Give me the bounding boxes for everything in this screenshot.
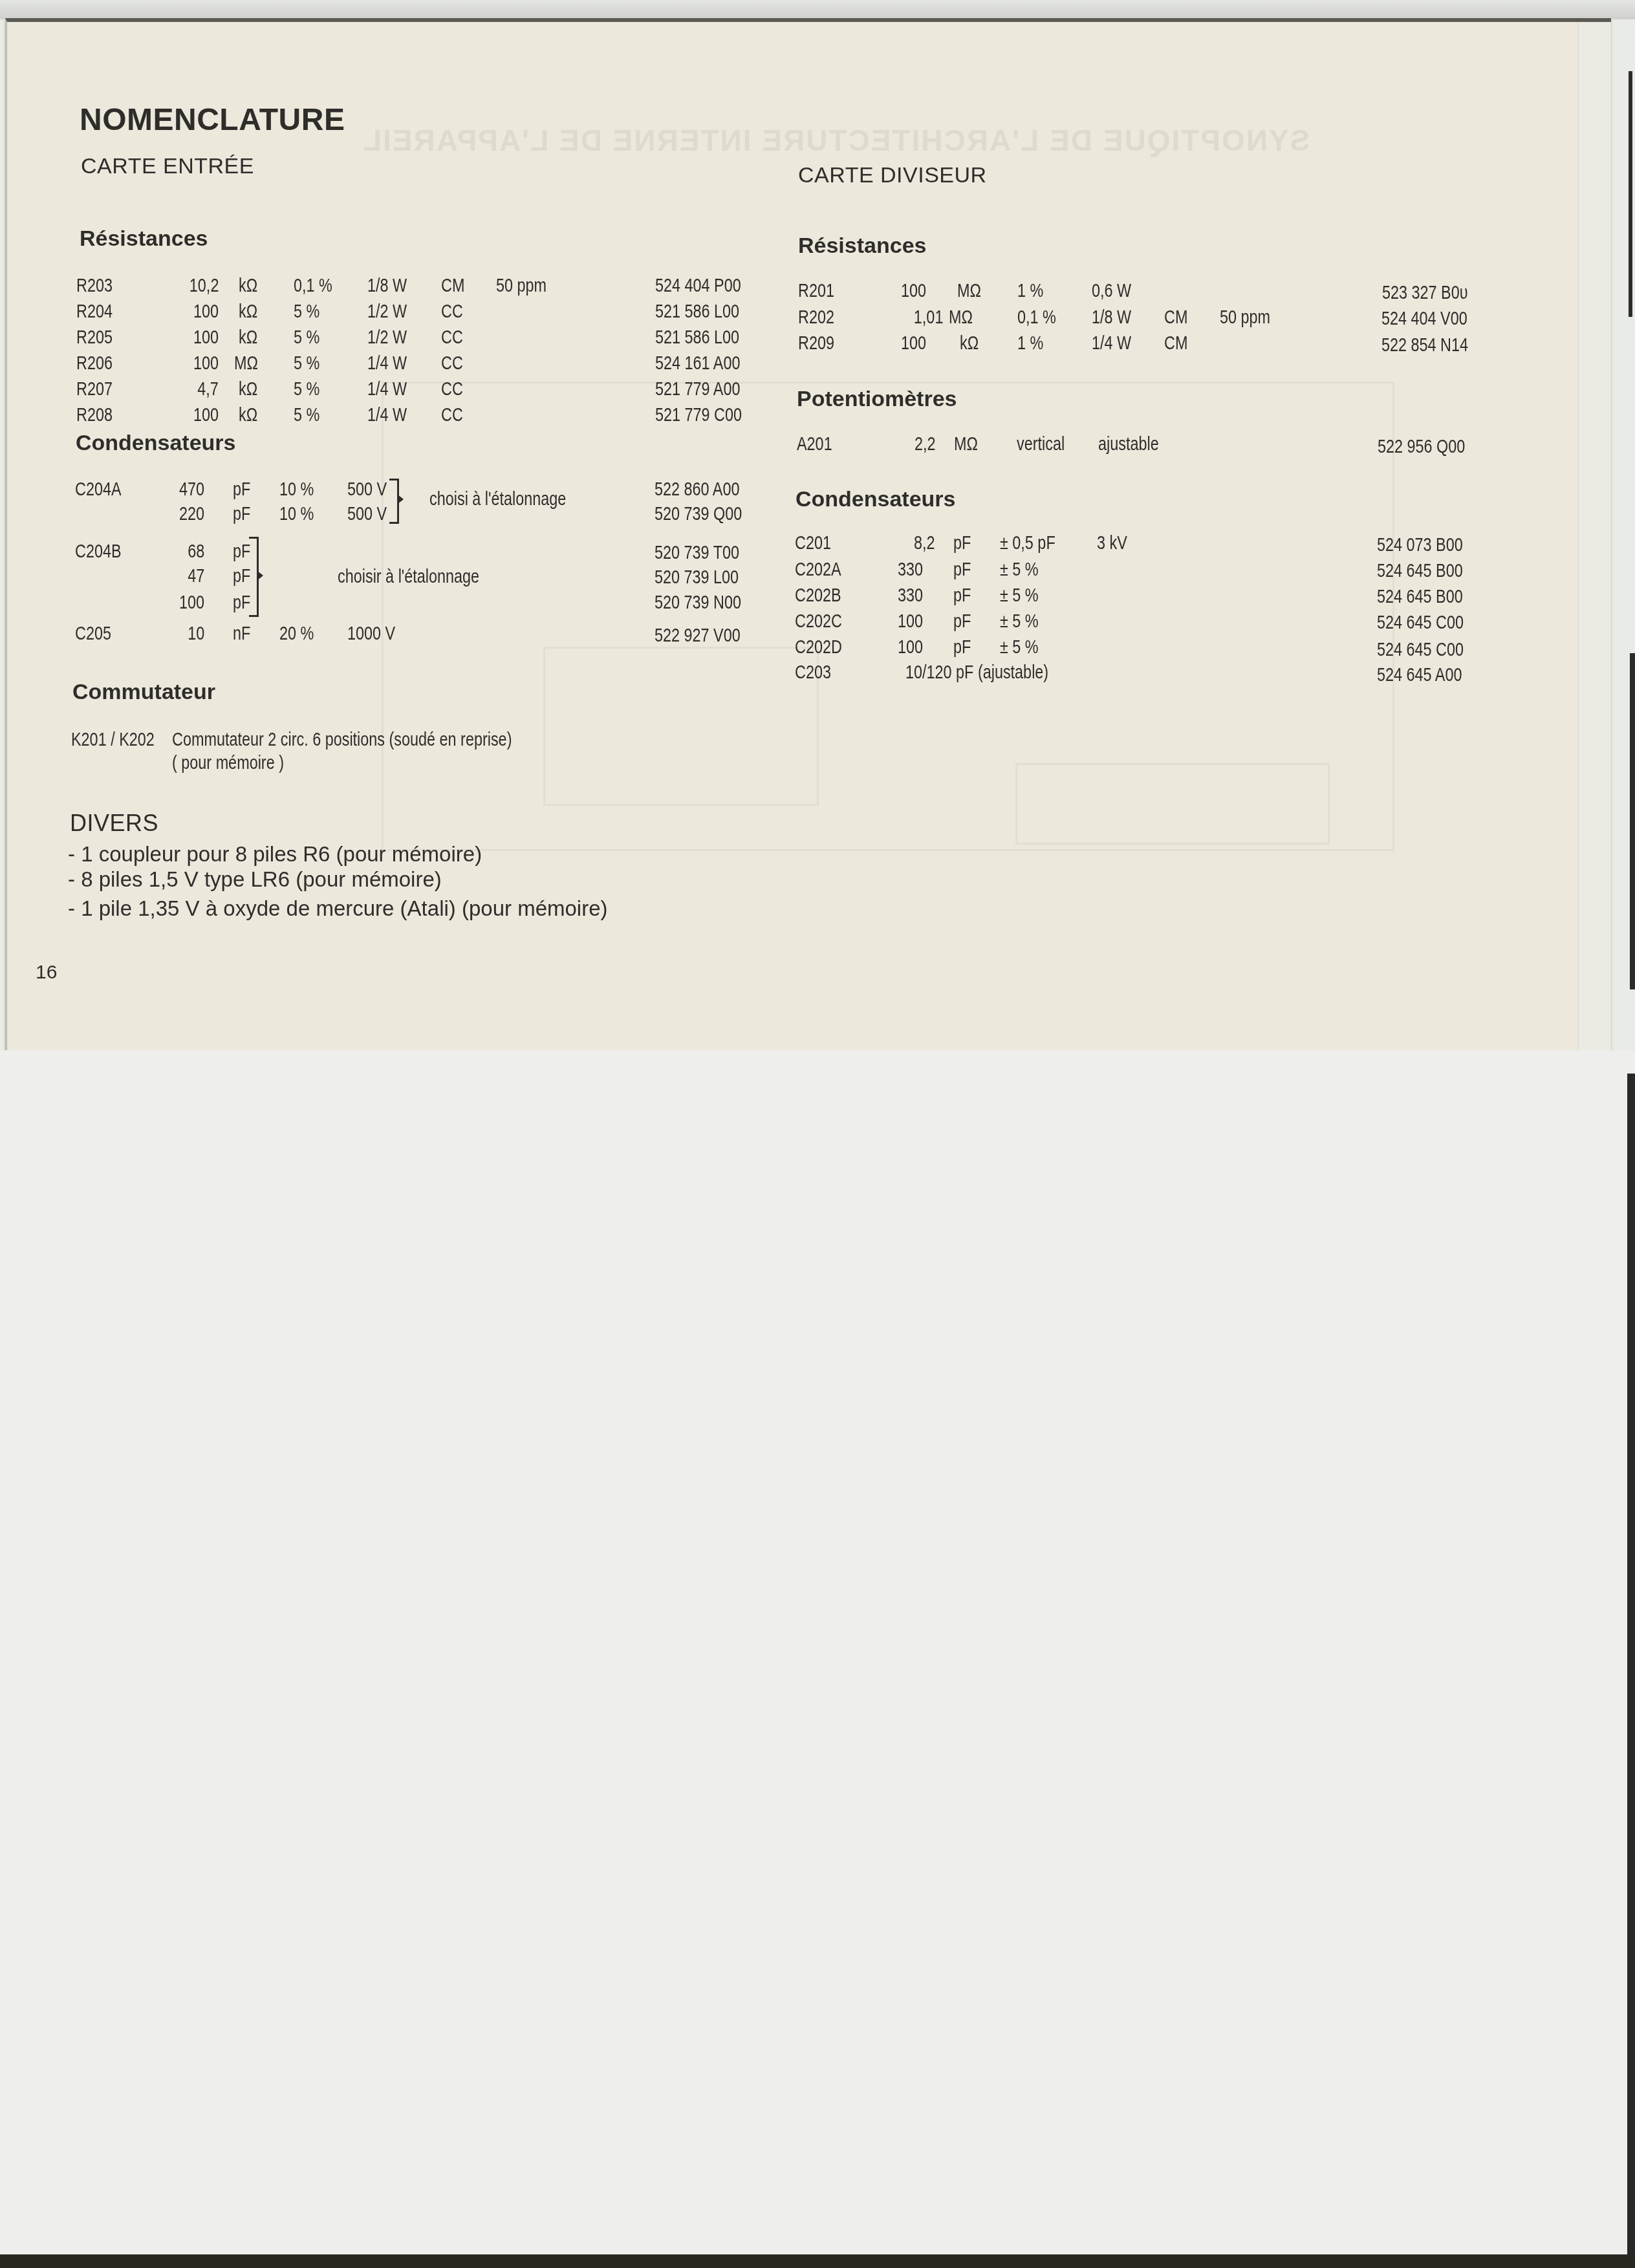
type: CC (441, 352, 463, 374)
value: 1,01 (913, 307, 943, 329)
unit: nF (233, 623, 250, 645)
type: CM (1164, 332, 1187, 354)
kind: ajustable (1098, 433, 1159, 455)
calibration-note: choisi à l'étalonnage (429, 488, 566, 510)
unit: pF (233, 565, 250, 587)
list-item: - 1 coupleur pour 8 piles R6 (pour mémoi… (68, 842, 482, 867)
show-through-diagram (1015, 763, 1330, 845)
tolerance: ± 5 % (1000, 610, 1039, 632)
type: CC (441, 378, 463, 400)
ref: A201 (797, 433, 832, 455)
voltage: 3 kV (1097, 532, 1127, 554)
unit: pF (233, 541, 250, 563)
part-number: 520 739 Q00 (655, 503, 742, 525)
tolerance: 5 % (294, 301, 319, 323)
unit: pF (953, 559, 971, 581)
binding-edge (1627, 1074, 1635, 2257)
subsection-condensateurs: Condensateurs (796, 487, 956, 512)
tolerance: ± 5 % (1000, 585, 1039, 607)
part-number: 524 645 A00 (1377, 664, 1462, 686)
tempco: 50 ppm (1220, 307, 1270, 329)
power: 1/4 W (1092, 332, 1131, 354)
tolerance: 1 % (1017, 332, 1043, 354)
value: 10 (188, 623, 204, 645)
part-number: 522 956 Q00 (1378, 436, 1465, 458)
unit: kΩ (239, 301, 257, 323)
value: 68 (188, 541, 204, 563)
page-number: 16 (36, 962, 57, 984)
page-fold (1578, 22, 1610, 1070)
value: 220 (179, 503, 204, 525)
part-number: 524 161 A00 (655, 352, 740, 374)
part-number: 524 073 B00 (1377, 534, 1463, 556)
value: 100 (898, 636, 923, 658)
unit: pF (953, 532, 971, 554)
ref: R203 (76, 275, 113, 297)
value: 330 (898, 585, 923, 607)
ref: R202 (798, 307, 834, 329)
section-title-carte-entree: CARTE ENTRÉE (81, 154, 254, 179)
binding-edge (1630, 653, 1635, 989)
ref: C205 (75, 623, 111, 645)
tolerance: 5 % (294, 404, 319, 426)
part-number: 524 645 B00 (1377, 560, 1463, 582)
unit: kΩ (239, 404, 257, 426)
value: 4,7 (197, 378, 219, 400)
subsection-condensateurs: Condensateurs (76, 431, 236, 456)
unit: MΩ (957, 280, 981, 302)
value: 100 (901, 332, 926, 354)
power: 1/8 W (1092, 307, 1131, 329)
tolerance: 20 % (279, 623, 314, 645)
value: 10,2 (189, 275, 219, 297)
power: 1/2 W (367, 301, 407, 323)
bracket-arrow-icon (257, 570, 263, 581)
binding-edge (1629, 71, 1632, 317)
value: 100 (193, 301, 219, 323)
part-number: 520 739 N00 (655, 592, 741, 614)
ref: C202A (795, 559, 841, 581)
ref: R206 (76, 352, 113, 374)
type: CC (441, 404, 463, 426)
tolerance: 5 % (294, 378, 319, 400)
tolerance: 1 % (1017, 280, 1043, 302)
part-number: 521 586 L00 (655, 327, 739, 349)
part-number: 520 739 L00 (655, 567, 739, 589)
part-number: 523 327 B0υ (1382, 282, 1468, 304)
show-through-diagram (543, 647, 819, 806)
section-title-carte-diviseur: CARTE DIVISEUR (798, 163, 987, 188)
note: ( pour mémoire ) (172, 752, 284, 774)
unit: MΩ (949, 307, 973, 329)
unit: pF (233, 592, 250, 614)
value: 330 (898, 559, 923, 581)
tolerance: ± 5 % (1000, 636, 1039, 658)
unit: MΩ (954, 433, 978, 455)
unit: kΩ (239, 378, 257, 400)
part-number: 524 404 V00 (1381, 308, 1467, 330)
unit: pF (953, 585, 971, 607)
part-number: 521 779 A00 (655, 378, 740, 400)
unit: pF (233, 503, 250, 525)
power: 1/4 W (367, 378, 407, 400)
value: 100 (901, 280, 926, 302)
type: CM (1164, 307, 1187, 329)
value: 100 (193, 404, 219, 426)
power: 1/8 W (367, 275, 407, 297)
power: 1/4 W (367, 404, 407, 426)
tolerance: ± 0,5 pF (1000, 532, 1056, 554)
subsection-potentiometres: Potentiomètres (797, 387, 957, 412)
value: 8,2 (914, 532, 935, 554)
value: 2,2 (915, 433, 936, 455)
section-title-divers: DIVERS (70, 810, 158, 837)
part-number: 522 854 N14 (1381, 334, 1468, 356)
ref: K201 / K202 (71, 729, 155, 751)
value: 100 (193, 327, 219, 349)
unit: MΩ (234, 352, 258, 374)
scanner-background-top (0, 0, 1635, 19)
ref: R207 (76, 378, 113, 400)
part-number: 524 645 C00 (1377, 639, 1464, 661)
part-number: 524 404 P00 (655, 275, 741, 297)
value: 470 (179, 479, 204, 501)
value: 100 (898, 610, 923, 632)
ref: C202B (795, 585, 841, 607)
ref: C204A (75, 479, 122, 501)
unit: kΩ (960, 332, 979, 354)
unit: pF (233, 479, 250, 501)
value: 10/120 pF (ajustable) (905, 662, 1048, 684)
part-number: 521 779 C00 (655, 404, 742, 426)
calibration-note: choisir à l'étalonnage (338, 566, 479, 588)
list-item: - 8 piles 1,5 V type LR6 (pour mémoire) (68, 867, 442, 892)
ref: R205 (76, 327, 113, 349)
ref: C201 (795, 532, 831, 554)
power: 1/2 W (367, 327, 407, 349)
tolerance: 10 % (279, 479, 314, 501)
ref: R209 (798, 332, 834, 354)
tolerance: 5 % (294, 327, 319, 349)
ref: R204 (76, 301, 113, 323)
page-title: NOMENCLATURE (80, 102, 345, 138)
subsection-resistances: Résistances (798, 233, 926, 259)
bracket-arrow-icon (397, 494, 404, 504)
scanner-bottom-strip (0, 2254, 1635, 2268)
ref: R208 (76, 404, 113, 426)
type: CC (441, 301, 463, 323)
tempco: 50 ppm (496, 275, 547, 297)
voltage: 500 V (347, 479, 387, 501)
part-number: 521 586 L00 (655, 301, 739, 323)
unit: pF (953, 636, 971, 658)
part-number: 522 927 V00 (655, 625, 741, 647)
tolerance: ± 5 % (1000, 559, 1039, 581)
blank-lower-area (0, 1050, 1635, 2254)
list-item: - 1 pile 1,35 V à oxyde de mercure (Atal… (68, 896, 608, 921)
tolerance: 0,1 % (1017, 307, 1056, 329)
value: 100 (193, 352, 219, 374)
description: Commutateur 2 circ. 6 positions (soudé e… (172, 729, 512, 751)
ref: C203 (795, 662, 831, 684)
ref: R201 (798, 280, 834, 302)
ref: C202C (795, 610, 842, 632)
part-number: 524 645 C00 (1377, 612, 1464, 634)
part-number: 522 860 A00 (655, 479, 739, 501)
ref: C204B (75, 541, 122, 563)
tolerance: 0,1 % (294, 275, 332, 297)
unit: pF (953, 610, 971, 632)
ref: C202D (795, 636, 842, 658)
subsection-resistances: Résistances (80, 226, 208, 252)
voltage: 1000 V (347, 623, 395, 645)
tolerance: 10 % (279, 503, 314, 525)
type: CC (441, 327, 463, 349)
voltage: 500 V (347, 503, 387, 525)
part-number: 524 645 B00 (1377, 586, 1463, 608)
value: 47 (188, 565, 204, 587)
subsection-commutateur: Commutateur (72, 680, 215, 705)
unit: kΩ (239, 327, 257, 349)
value: 100 (179, 592, 204, 614)
show-through-heading: SYNOPTIQUE DE L'ARCHITECTURE INTERNE DE … (362, 123, 1310, 158)
power: 1/4 W (367, 352, 407, 374)
mount: vertical (1017, 433, 1065, 455)
unit: kΩ (239, 275, 257, 297)
type: CM (441, 275, 464, 297)
power: 0,6 W (1092, 280, 1131, 302)
part-number: 520 739 T00 (655, 542, 739, 564)
tolerance: 5 % (294, 352, 319, 374)
